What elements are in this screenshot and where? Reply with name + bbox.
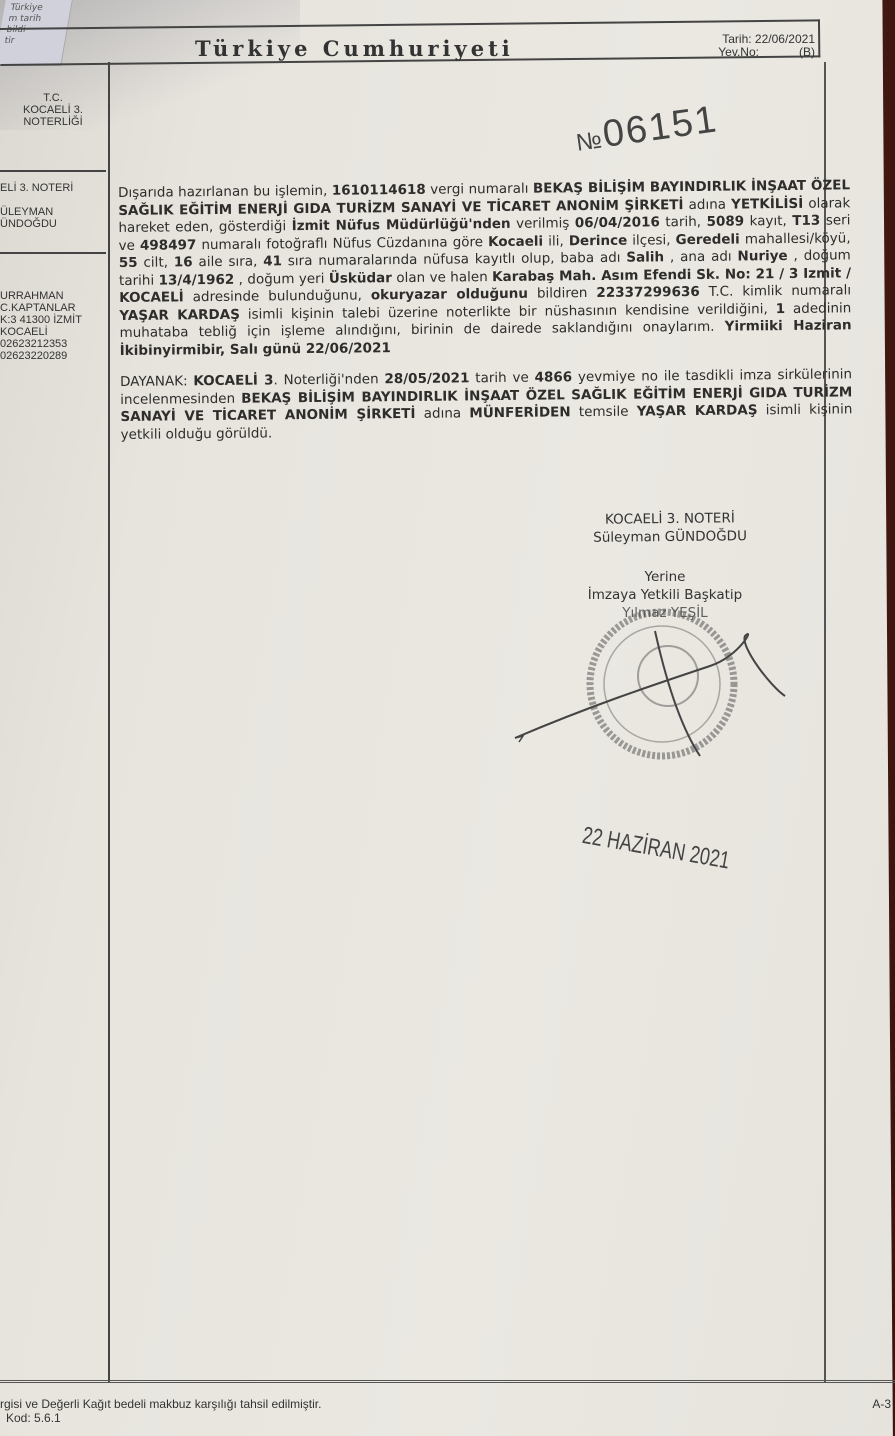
text-run: numaralı fotoğraflı Nüfus Cüzdanına göre (196, 234, 488, 253)
certification-text: Dışarıda hazırlanan bu işlemin, 16101146… (118, 177, 853, 444)
text-run: Salih (626, 249, 664, 265)
text-run: aile sıra, (193, 253, 264, 270)
text-run: 1610114618 (332, 182, 426, 199)
text-run: T.C. kimlik numaralı (700, 282, 852, 300)
corner-note-line: m tarih (7, 14, 69, 25)
text-run: 55 (119, 255, 138, 271)
text-run: cilt, (138, 254, 174, 270)
left-column-line: KOCAELİ (0, 326, 106, 338)
text-run: ilçesi, (627, 232, 676, 249)
paragraph-main: Dışarıda hazırlanan bu işlemin, 16101146… (118, 177, 852, 360)
header-title: Türkiye Cumhuriyeti (195, 36, 514, 61)
text-run: YAŞAR KARDAŞ (637, 402, 758, 419)
left-column-line: T.C. (0, 92, 106, 104)
text-run: MÜNFERİDEN (469, 404, 570, 421)
left-column-line: ELİ 3. NOTERİ (0, 182, 106, 194)
corner-note-line: Türkiye (9, 3, 71, 14)
text-run: tarih, (660, 214, 707, 230)
text-run: 498497 (140, 237, 197, 254)
text-run: T13 (792, 213, 820, 229)
text-run: okuryazar olduğunu (371, 286, 528, 304)
header-yev: Yev.No: (B) (718, 46, 815, 59)
on-behalf-label: Yerine (545, 568, 785, 586)
left-column-line (0, 194, 106, 206)
text-run: YAŞAR KARDAŞ (119, 306, 240, 323)
text-run: DAYANAK: (120, 373, 193, 390)
left-column-line: K:3 41300 İZMİT (0, 314, 106, 326)
text-run: Geredeli (676, 231, 740, 248)
text-run: adına (415, 405, 469, 422)
text-run: 1 (776, 301, 786, 317)
footer-code: Kod: 5.6.1 (0, 1411, 321, 1425)
text-run: 28/05/2021 (384, 370, 469, 387)
text-run: , ana adı (664, 249, 738, 266)
text-run: sıra numaralarında nüfusa kayıtlı olup, … (282, 250, 627, 270)
text-run: , doğum yeri (234, 270, 329, 287)
text-run: 5089 (706, 213, 744, 229)
left-column-line: C.KAPTANLAR (0, 302, 106, 314)
text-run: verilmiş (511, 215, 575, 232)
left-box-office: T.C.KOCAELİ 3.NOTERLİĞİ (0, 62, 106, 172)
text-run: adresinde bulunduğunu, (184, 287, 371, 305)
bottom-rule (0, 1380, 895, 1383)
text-run: 41 (263, 253, 282, 269)
header-date-block: Tarih: 22/06/2021 Yev.No: (B) (718, 33, 815, 59)
text-run: olan ve halen (392, 269, 492, 286)
left-column-line: ÜLEYMAN (0, 206, 106, 218)
text-run: bildiren (528, 285, 597, 302)
text-run: Dışarıda hazırlanan bu işlemin, (118, 183, 332, 201)
clerk-role: İmzaya Yetkili Başkatip (545, 586, 785, 604)
text-run: KOCAELİ 3 (193, 372, 273, 389)
text-run: Üsküdar (329, 270, 392, 287)
text-run: 22337299636 (596, 284, 699, 301)
text-run: 06/04/2016 (575, 214, 660, 231)
text-run: 4866 (534, 369, 572, 385)
text-run: mahallesi/köyü, (740, 230, 851, 247)
text-run: kayıt, (744, 213, 792, 230)
text-run: vergi numaralı (426, 181, 533, 198)
notary-name: Süleyman GÜNDOĞDU (560, 527, 780, 547)
yev-value: (B) (799, 45, 815, 59)
text-run: 13/4/1962 (159, 271, 235, 288)
left-column-line: KOCAELİ 3. (0, 104, 106, 116)
text-run: Nuriye (737, 248, 787, 265)
text-run: ili, (543, 233, 569, 249)
notary-signature-block: KOCAELİ 3. NOTERİ Süleyman GÜNDOĞDU (560, 509, 780, 547)
text-run: temsile (571, 404, 637, 421)
text-run: tarih ve (469, 370, 534, 387)
left-column: T.C.KOCAELİ 3.NOTERLİĞİ ELİ 3. NOTERİ ÜL… (0, 62, 110, 1382)
notary-office: KOCAELİ 3. NOTERİ (560, 509, 780, 529)
text-run: YETKİLİSİ (731, 195, 803, 212)
left-column-line: URRAHMAN (0, 290, 106, 302)
paragraph-dayanak: DAYANAK: KOCAELİ 3. Noterliği'nden 28/05… (120, 366, 853, 444)
yev-label: Yev.No: (718, 45, 759, 59)
left-column-line: NOTERLİĞİ (0, 116, 106, 128)
left-box-address: URRAHMANC.KAPTANLARK:3 41300 İZMİTKOCAEL… (0, 254, 106, 364)
left-column-line: 02623220289 (0, 350, 106, 362)
numero-sign: № (574, 126, 605, 157)
official-seal-icon (500, 606, 790, 806)
left-box-notary: ELİ 3. NOTERİ ÜLEYMANÜNDOĞDU (0, 172, 106, 254)
form-code: A-3 (872, 1397, 891, 1411)
left-column-line: ÜNDOĞDU (0, 218, 106, 230)
text-run: İzmit Nüfus Müdürlüğü'nden (292, 216, 511, 234)
footer-fee-note: rgisi ve Değerli Kağıt bedeli makbuz kar… (0, 1397, 321, 1411)
text-run: Kocaeli (488, 233, 543, 250)
footer: rgisi ve Değerli Kağıt bedeli makbuz kar… (0, 1397, 321, 1425)
text-run: 16 (174, 254, 193, 270)
text-run: Derince (569, 232, 628, 249)
left-column-line: 02623212353 (0, 338, 106, 350)
text-run: adına (683, 196, 731, 212)
text-run: . Noterliği'nden (273, 371, 384, 388)
